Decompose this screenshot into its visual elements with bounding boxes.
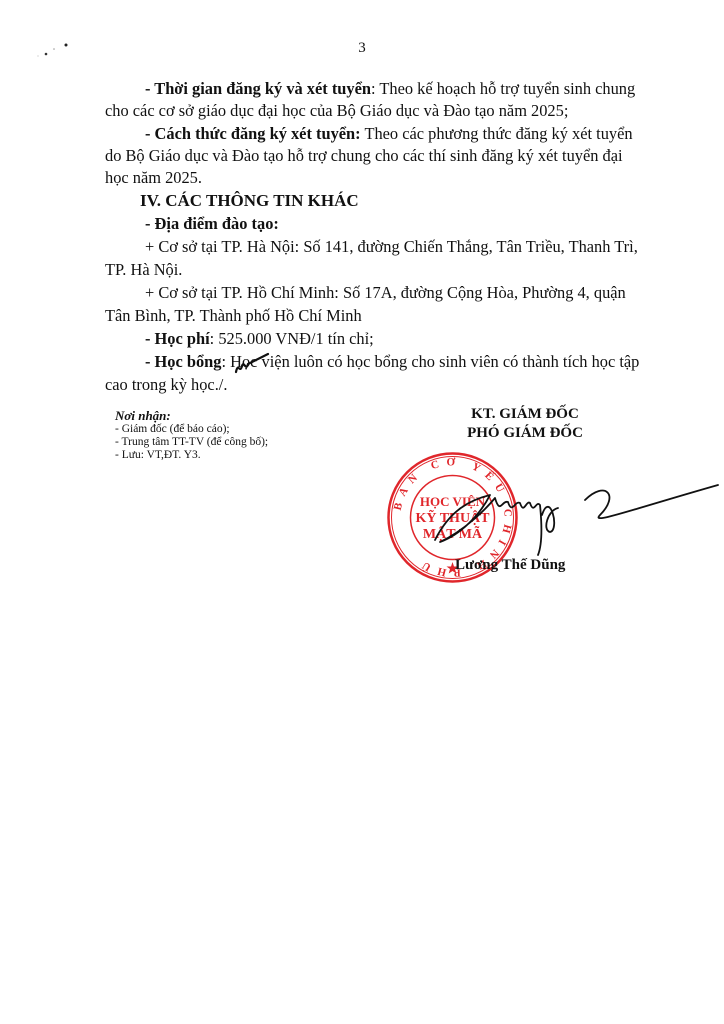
- registration-method-label: - Cách thức đăng ký xét tuyển:: [145, 124, 361, 143]
- scholarship-text: : Học viện luôn có học bổng cho sinh viê…: [222, 352, 640, 371]
- recipient-item: - Trung tâm TT-TV (để công bố);: [115, 436, 268, 449]
- recipient-item: - Lưu: VT,ĐT. Y3.: [115, 449, 268, 462]
- signer-name: Lương Thế Dũng: [455, 557, 565, 574]
- hcm-campus-line2: Tân Bình, TP. Thành phố Hồ Chí Minh: [105, 305, 362, 326]
- registration-method-line3: học năm 2025.: [105, 167, 202, 188]
- section-heading: IV. CÁC THÔNG TIN KHÁC: [140, 190, 359, 211]
- tuition-label: - Học phí: [145, 329, 210, 348]
- training-location-label: - Địa điểm đào tạo:: [145, 213, 279, 234]
- tuition-line: - Học phí: 525.000 VNĐ/1 tín chỉ;: [145, 328, 374, 349]
- hanoi-campus-line2: TP. Hà Nội.: [105, 259, 182, 280]
- signature-title-line2: PHÓ GIÁM ĐỐC: [420, 424, 630, 443]
- scholarship-label: - Học bổng: [145, 352, 222, 371]
- handwritten-signature: [430, 470, 720, 560]
- registration-time-line2: cho các cơ sở giáo dục đại học của Bộ Gi…: [105, 100, 568, 121]
- registration-method-line2: do Bộ Giáo dục và Đào tạo hỗ trợ chung c…: [105, 145, 623, 166]
- hanoi-campus-line1: + Cơ sở tại TP. Hà Nội: Số 141, đường Ch…: [145, 236, 638, 257]
- signature-title-line1: KT. GIÁM ĐỐC: [420, 405, 630, 424]
- registration-time-line1: - Thời gian đăng ký và xét tuyển: Theo k…: [145, 78, 635, 99]
- registration-time-label: - Thời gian đăng ký và xét tuyển: [145, 79, 371, 98]
- tuition-value: : 525.000 VNĐ/1 tín chỉ;: [210, 329, 374, 348]
- page-number: 3: [0, 40, 724, 57]
- registration-time-text: : Theo kế hoạch hỗ trợ tuyển sinh chung: [371, 79, 635, 98]
- hcm-campus-line1: + Cơ sở tại TP. Hồ Chí Minh: Số 17A, đườ…: [145, 282, 626, 303]
- recipient-item: - Giám đốc (để báo cáo);: [115, 423, 268, 436]
- recipients-title: Nơi nhận:: [115, 408, 268, 423]
- recipients-block: Nơi nhận: - Giám đốc (để báo cáo); - Tru…: [115, 408, 268, 462]
- initial-mark-icon: [232, 352, 272, 376]
- scholarship-line1: - Học bổng: Học viện luôn có học bổng ch…: [145, 351, 639, 372]
- registration-method-text: Theo các phương thức đăng ký xét tuyển: [361, 124, 633, 143]
- scholarship-line2: cao trong kỳ học./.: [105, 374, 227, 395]
- registration-method-line1: - Cách thức đăng ký xét tuyển: Theo các …: [145, 123, 633, 144]
